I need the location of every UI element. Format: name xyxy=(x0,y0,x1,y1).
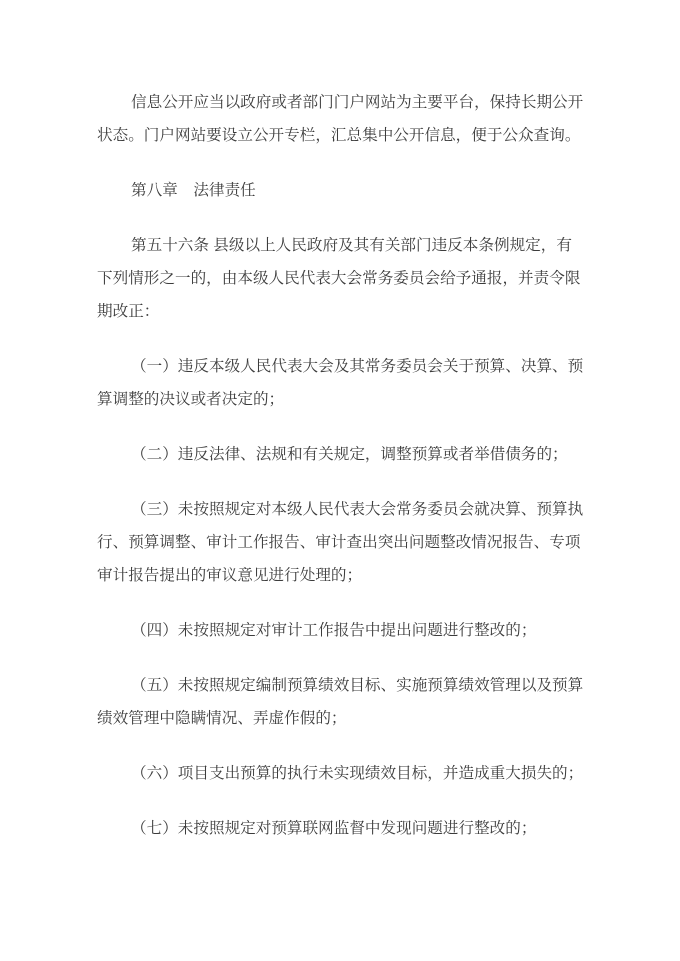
item-7: （七）未按照规定对预算联网监督中发现问题进行整改的； xyxy=(97,812,583,845)
para-info-disclosure: 信息公开应当以政府或者部门门户网站为主要平台，保持长期公开状态。门户网站要设立公… xyxy=(97,86,583,152)
item-5: （五）未按照规定编制预算绩效目标、实施预算绩效管理以及预算绩效管理中隐瞒情况、弄… xyxy=(97,669,583,735)
text-line: 状态。门户网站要设立公开专栏，汇总集中公开信息，便于公众查询。 xyxy=(97,119,583,152)
text-line: （二）违反法律、法规和有关规定，调整预算或者举借债务的； xyxy=(97,438,583,471)
text-line: 下列情形之一的，由本级人民代表大会常务委员会给予通报，并责令限 xyxy=(97,262,583,295)
text-line: 算调整的决议或者决定的； xyxy=(97,383,583,416)
text-line: 行、预算调整、审计工作报告、审计查出突出问题整改情况报告、专项 xyxy=(97,526,583,559)
item-3: （三）未按照规定对本级人民代表大会常务委员会就决算、预算执行、预算调整、审计工作… xyxy=(97,493,583,592)
item-4: （四）未按照规定对审计工作报告中提出问题进行整改的； xyxy=(97,614,583,647)
text-line: 信息公开应当以政府或者部门门户网站为主要平台，保持长期公开 xyxy=(97,86,583,119)
text-line: （一）违反本级人民代表大会及其常务委员会关于预算、决算、预 xyxy=(97,350,583,383)
heading-chapter-8: 第八章 法律责任 xyxy=(97,174,583,207)
item-6: （六）项目支出预算的执行未实现绩效目标，并造成重大损失的； xyxy=(97,757,583,790)
text-line: （七）未按照规定对预算联网监督中发现问题进行整改的； xyxy=(97,812,583,845)
text-line: 第五十六条 县级以上人民政府及其有关部门违反本条例规定，有 xyxy=(97,229,583,262)
text-line: 绩效管理中隐瞒情况、弄虚作假的； xyxy=(97,702,583,735)
text-line: （三）未按照规定对本级人民代表大会常务委员会就决算、预算执 xyxy=(97,493,583,526)
para-article-56: 第五十六条 县级以上人民政府及其有关部门违反本条例规定，有下列情形之一的，由本级… xyxy=(97,229,583,328)
item-1: （一）违反本级人民代表大会及其常务委员会关于预算、决算、预算调整的决议或者决定的… xyxy=(97,350,583,416)
text-line: （五）未按照规定编制预算绩效目标、实施预算绩效管理以及预算 xyxy=(97,669,583,702)
text-line: 审计报告提出的审议意见进行处理的； xyxy=(97,559,583,592)
document-page: 信息公开应当以政府或者部门门户网站为主要平台，保持长期公开状态。门户网站要设立公… xyxy=(0,0,680,961)
text-line: （六）项目支出预算的执行未实现绩效目标，并造成重大损失的； xyxy=(97,757,583,790)
text-line: 第八章 法律责任 xyxy=(97,174,583,207)
item-2: （二）违反法律、法规和有关规定，调整预算或者举借债务的； xyxy=(97,438,583,471)
text-line: （四）未按照规定对审计工作报告中提出问题进行整改的； xyxy=(97,614,583,647)
text-line: 期改正： xyxy=(97,295,583,328)
